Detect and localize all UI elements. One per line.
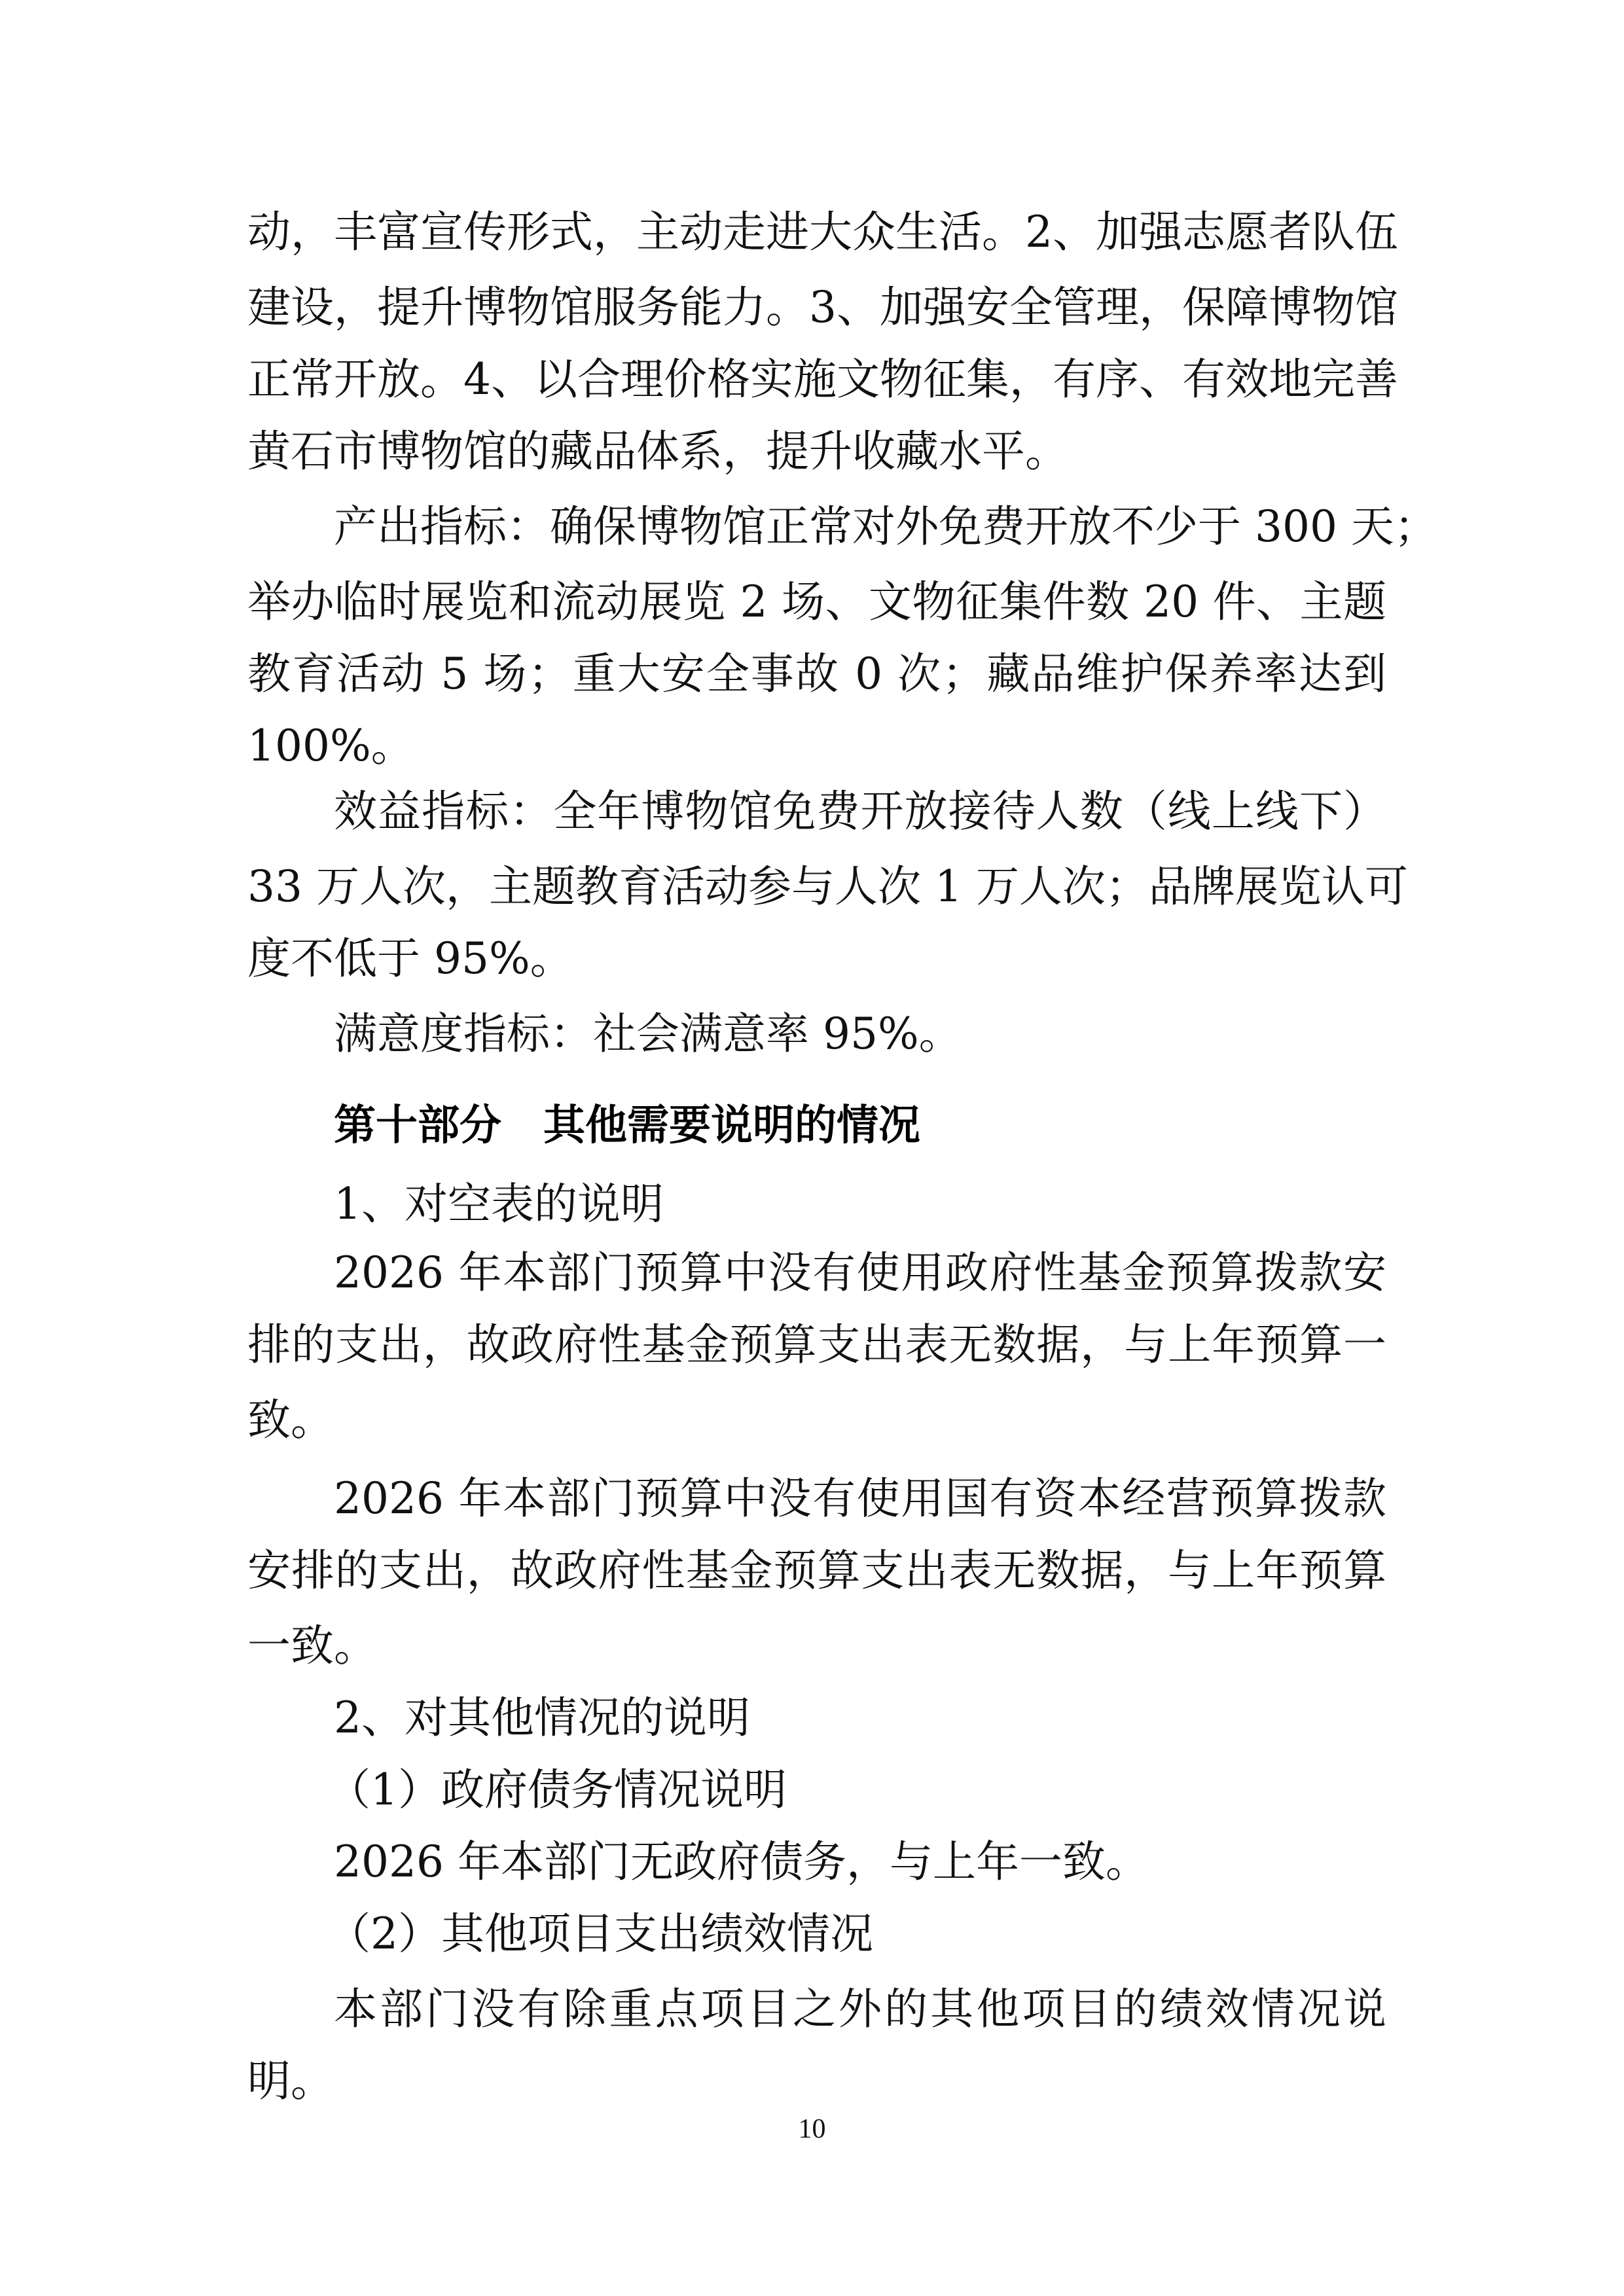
output-indicators-line: 100%。 [247,720,1386,772]
paragraph-line: 正常开放。4、以合理价格实施文物征集，有序、有效地完善 [247,353,1386,406]
item-body: 2026 年本部门无政府债务，与上年一致。 [334,1836,1386,1888]
benefit-indicators-line: 度不低于 95%。 [247,933,1386,985]
item-body-line: 明。 [247,2055,1386,2108]
satisfaction-indicators-line: 满意度指标：社会满意率 95%。 [334,1008,1386,1060]
item-title: （1）政府债务情况说明 [327,1764,1386,1816]
paragraph-line: 动，丰富宣传形式，主动走进大众生活。2、加强志愿者队伍 [247,206,1386,259]
subsection-title: 2、对其他情况的说明 [334,1692,1386,1744]
paragraph-line: 黄石市博物馆的藏品体系，提升收藏水平。 [247,425,1386,478]
item-body-line: 本部门没有除重点项目之外的其他项目的绩效情况说 [334,1983,1386,2036]
state-capital-note-line: 2026 年本部门预算中没有使用国有资本经营预算拨款 [334,1473,1386,1525]
govt-fund-note-line: 致。 [247,1394,1386,1446]
govt-fund-note-line: 2026 年本部门预算中没有使用政府性基金预算拨款安 [334,1247,1386,1299]
state-capital-note-line: 一致。 [247,1620,1386,1672]
document-page: 动，丰富宣传形式，主动走进大众生活。2、加强志愿者队伍 建设，提升博物馆服务能力… [0,0,1624,2296]
govt-fund-note-line: 排的支出，故政府性基金预算支出表无数据，与上年预算一 [247,1319,1386,1371]
subsection-title: 1、对空表的说明 [334,1178,1386,1230]
benefit-indicators-line: 效益指标：全年博物馆免费开放接待人数（线上线下） [334,785,1386,838]
section-heading: 第十部分 其他需要说明的情况 [334,1100,920,1152]
output-indicators-line: 教育活动 5 场；重大安全事故 0 次；藏品维护保养率达到 [247,648,1386,700]
benefit-indicators-line: 33 万人次，主题教育活动参与人次 1 万人次；品牌展览认可 [247,861,1386,913]
output-indicators-line: 产出指标：确保博物馆正常对外免费开放不少于 300 天； [334,501,1386,553]
page-number: 10 [0,2113,1624,2145]
paragraph-line: 建设，提升博物馆服务能力。3、加强安全管理，保障博物馆 [247,281,1386,334]
state-capital-note-line: 安排的支出，故政府性基金预算支出表无数据，与上年预算 [247,1545,1386,1597]
item-title: （2）其他项目支出绩效情况 [327,1908,1386,1960]
output-indicators-line: 举办临时展览和流动展览 2 场、文物征集件数 20 件、主题 [247,576,1386,628]
